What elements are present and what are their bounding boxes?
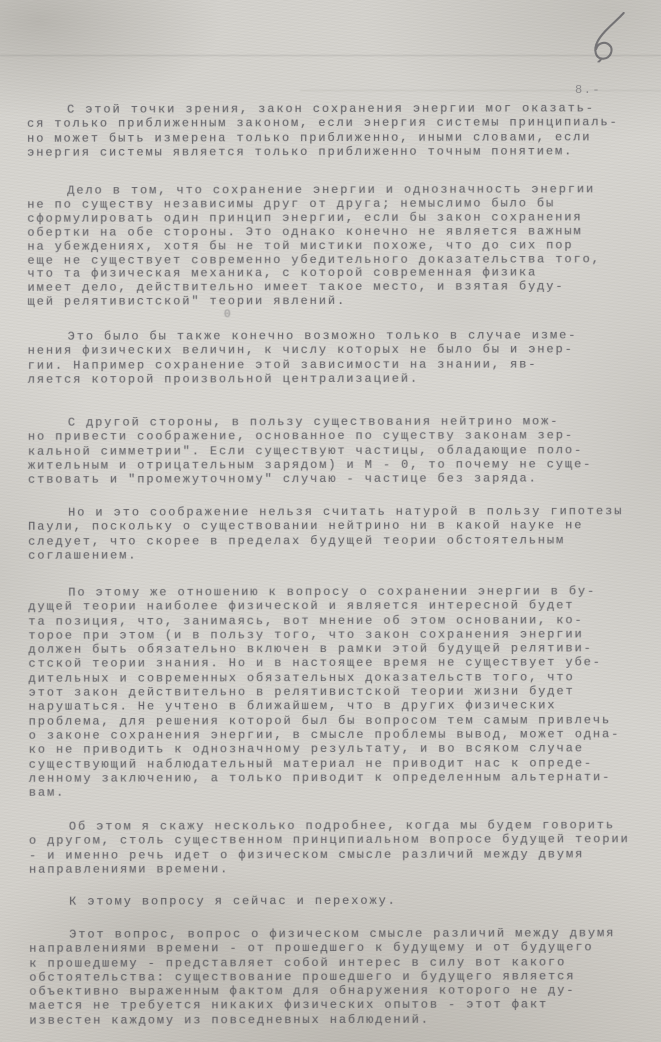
scanned-page: 8.- 0 С этой точки зрения, закон сохране…: [0, 0, 661, 1042]
typed-paragraph-1: С этой точки зрения, закон сохранения эн…: [27, 101, 657, 160]
typed-paragraph-3: Это было бы также конечно возможно тольк…: [27, 328, 657, 387]
typed-paragraph-2: Дело в том, что сохранение энергии и одн…: [27, 183, 657, 310]
typed-paragraph-4: С другой стороны, в пользу существования…: [28, 414, 658, 487]
typescript-text-block: С этой точки зрения, закон сохранения эн…: [0, 0, 661, 1042]
typed-paragraph-7: Об этом я скажу несколько подробнее, ког…: [29, 818, 659, 877]
typed-paragraph-6: По этому же отношению к вопросу о сохран…: [28, 584, 659, 800]
typed-paragraph-9: Этот вопрос, вопрос о физическом смысле …: [29, 926, 659, 1028]
typed-paragraph-8-transition-line: К этому вопросу я сейчас и перехожу.: [29, 893, 659, 909]
typed-paragraph-5: Но и это соображение нельзя считать нату…: [28, 504, 658, 563]
